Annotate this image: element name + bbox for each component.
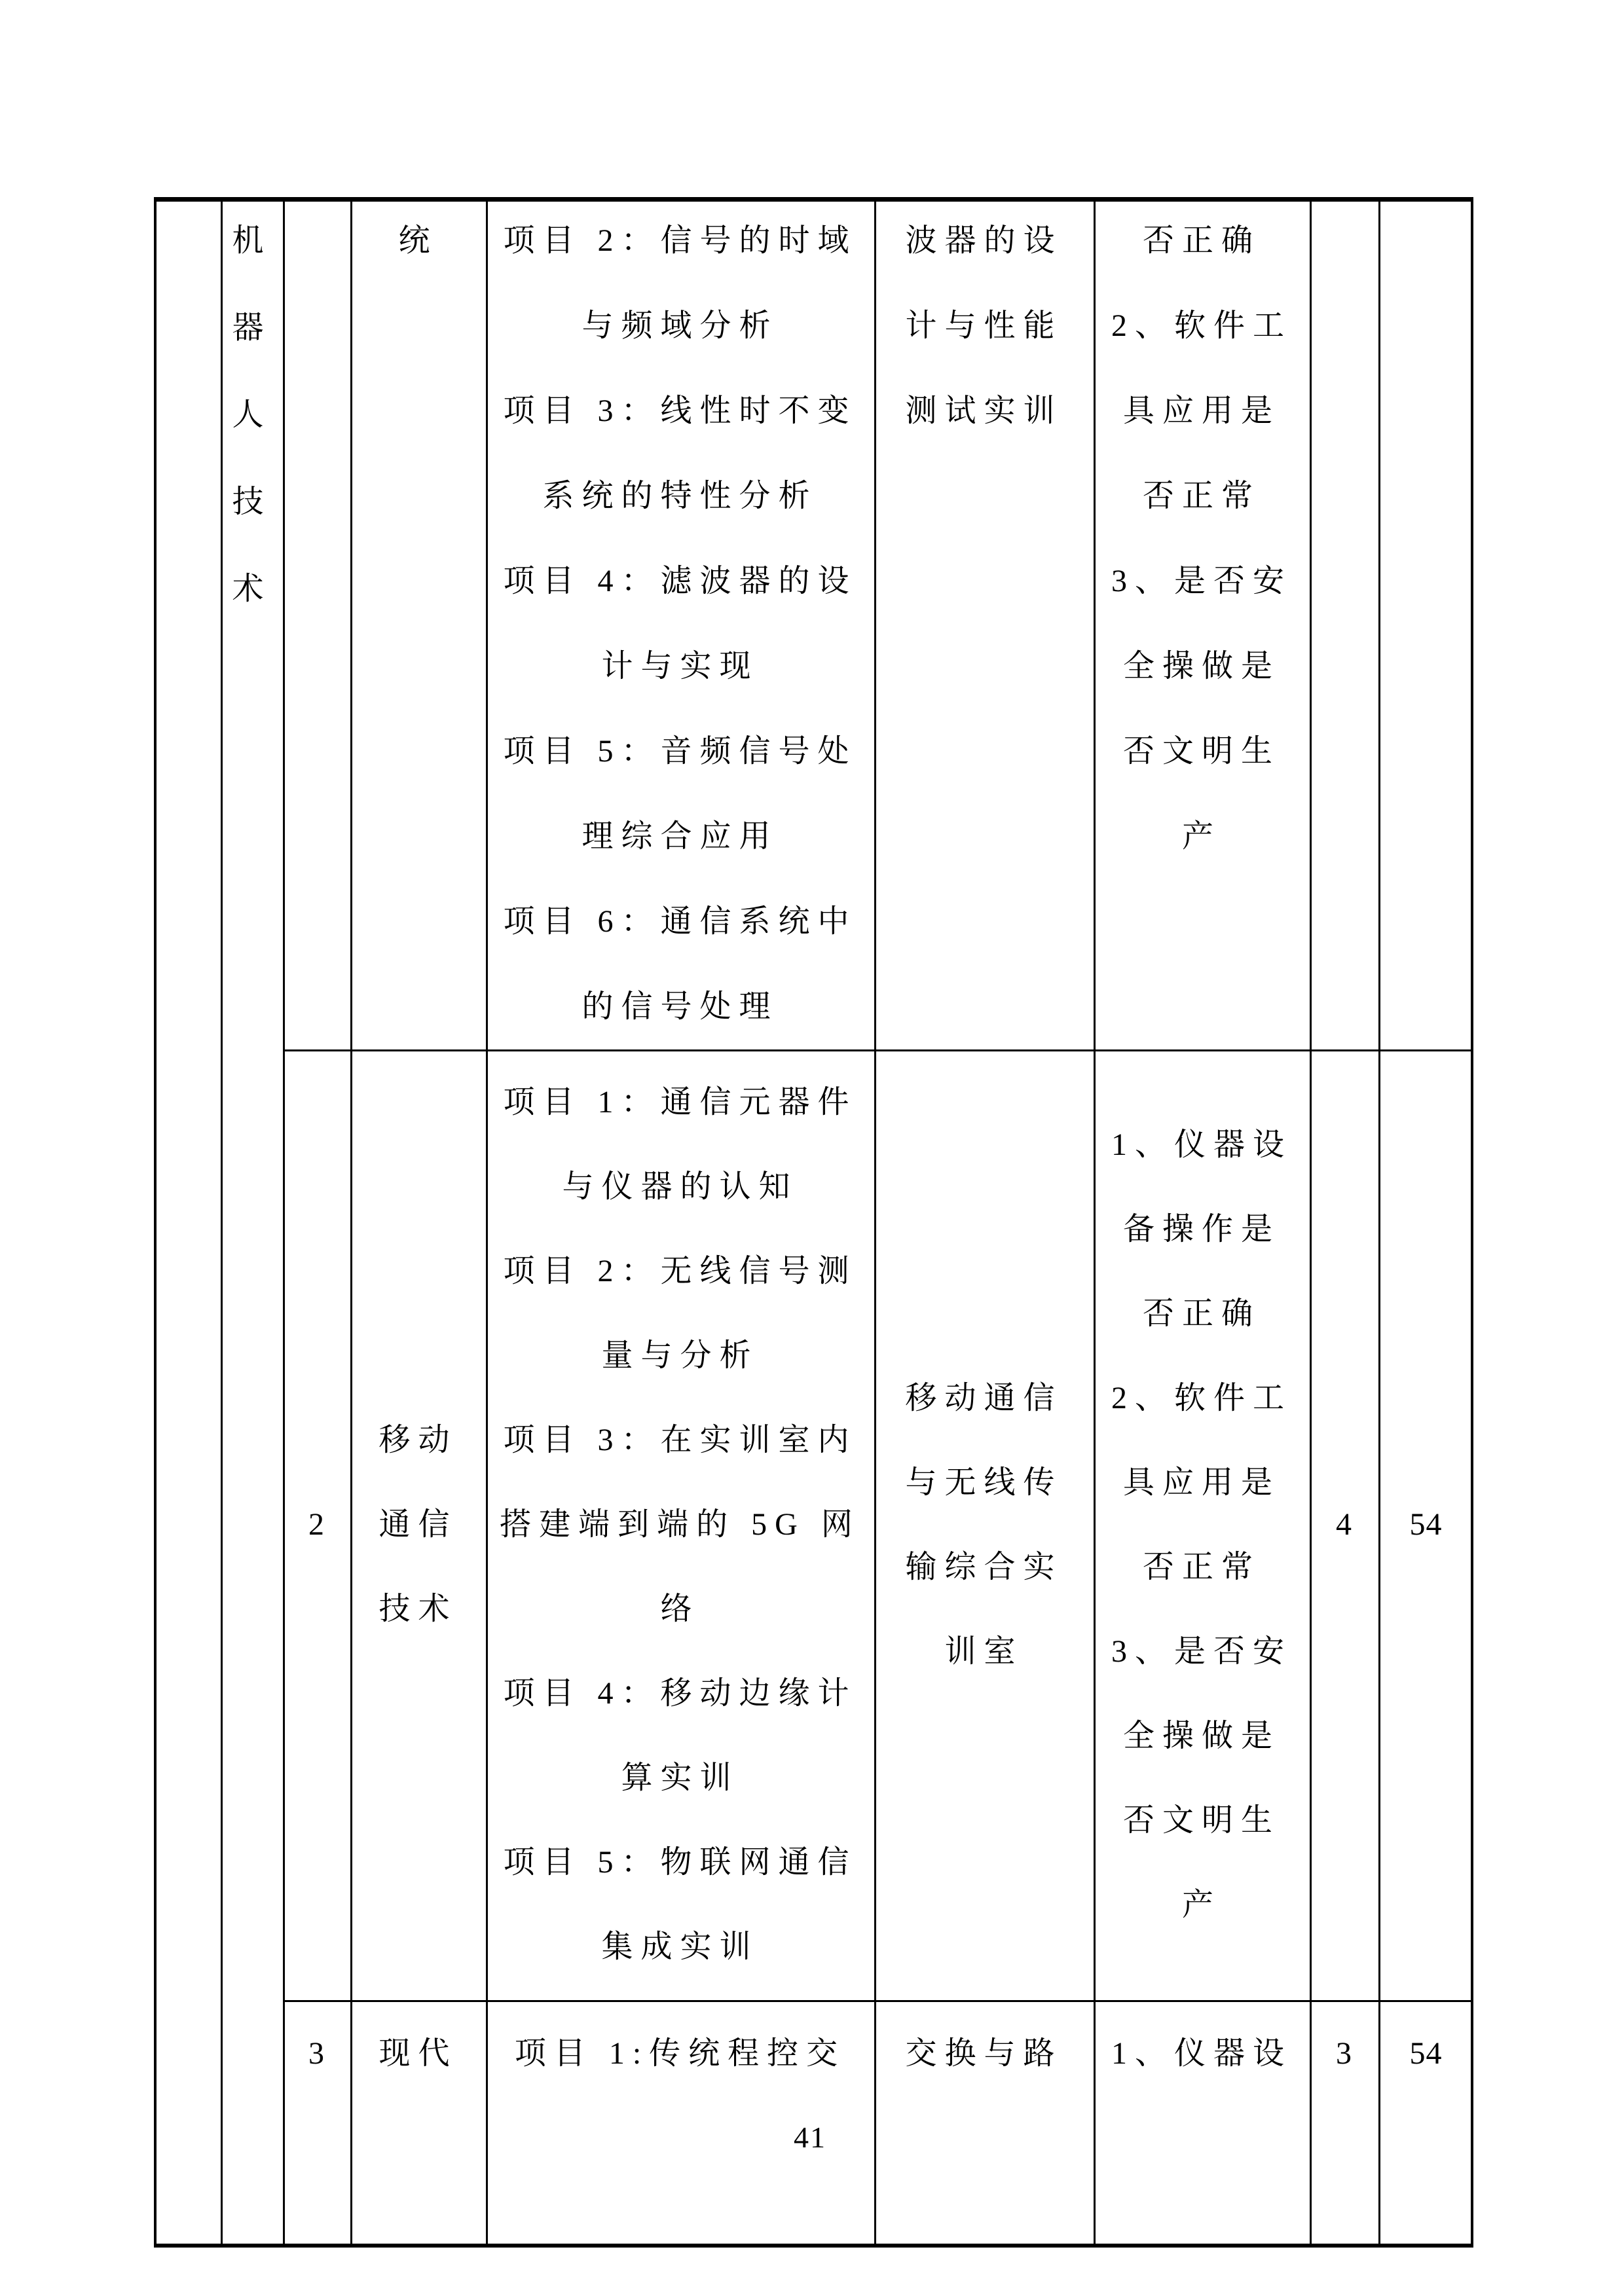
row2-hours: 54 [1378,1503,1473,1546]
page-number: 41 [771,2118,849,2157]
row2-assessment-line: 3、是否安 [1094,1630,1310,1673]
table-border-vertical [1471,197,1473,2248]
specialty-column-char: 机 [221,219,283,263]
table-border-vertical [1310,197,1312,2248]
row2-project-line: 与仪器的认知 [486,1165,874,1209]
row2-assessment-line: 否正确 [1094,1292,1310,1336]
row1-assessment-line: 具应用是 [1094,390,1310,433]
row1-assessment-line: 全操做是 [1094,645,1310,688]
specialty-column-char: 术 [221,568,283,611]
row2-assessment-line: 备操作是 [1094,1208,1310,1251]
table-border-vertical [283,197,285,2248]
row2-project-line: 项目 3：在实训室内 [486,1419,874,1462]
row3-assessment-line: 1、仪器设 [1094,2032,1310,2075]
row1-project-line: 计与实现 [486,645,874,688]
row1-assessment-line: 2、软件工 [1094,304,1310,348]
row3-room-line: 交换与路 [874,2032,1094,2075]
table-border-horizontal [154,2244,1473,2248]
specialty-column-char: 器 [221,306,283,350]
row2-room-line: 训室 [874,1630,1094,1673]
row3-project-line: 项目 1:传统程控交 [486,2032,874,2075]
row2-project-line: 量与分析 [486,1334,874,1377]
row2-course-line: 技术 [350,1588,486,1631]
row2-room-line: 输综合实 [874,1546,1094,1589]
row2-course-line: 移动 [350,1419,486,1462]
table-border-vertical [874,197,876,2248]
row2-project-line: 项目 5：物联网通信 [486,1841,874,1884]
row3-course-line: 现代 [350,2032,486,2075]
row1-project-line: 项目 4：滤波器的设 [486,560,874,603]
row2-room-line: 与无线传 [874,1461,1094,1504]
row2-count: 4 [1310,1503,1378,1546]
row1-project-line: 项目 6：通信系统中 [486,900,874,943]
row1-project-line: 的信号处理 [486,985,874,1029]
row1-project-line: 项目 5：音频信号处 [486,730,874,773]
row1-course-line: 统 [350,219,486,263]
specialty-column-char: 技 [221,481,283,524]
row2-assessment-line: 1、仪器设 [1094,1123,1310,1167]
row2-project-line: 集成实训 [486,1925,874,1969]
row2-assessment-line: 否文明生 [1094,1799,1310,1842]
row1-assessment-line: 3、是否安 [1094,560,1310,603]
row1-project-line: 项目 2：信号的时域 [486,219,874,263]
row1-project-line: 项目 3：线性时不变 [486,390,874,433]
document-page: 机器人技术统项目 2：信号的时域与频域分析项目 3：线性时不变系统的特性分析项目… [0,0,1624,2296]
row1-project-line: 理综合应用 [486,815,874,858]
table-border-horizontal [154,197,1473,202]
row1-assessment-line: 产 [1094,815,1310,858]
table-border-vertical [154,197,157,2248]
row2-project-line: 项目 2：无线信号测 [486,1250,874,1293]
row1-assessment-line: 否正常 [1094,475,1310,518]
row1-project-line: 与频域分析 [486,304,874,348]
row2-project-line: 搭建端到端的 5G 网 [486,1503,874,1546]
row3-hours: 54 [1378,2032,1473,2075]
row2-assessment-line: 否正常 [1094,1546,1310,1589]
row2-project-line: 络 [486,1588,874,1631]
table-border-horizontal [283,2000,1473,2002]
table-border-horizontal [283,1049,1473,1051]
row2-assessment-line: 全操做是 [1094,1715,1310,1758]
row2-assessment-line: 2、软件工 [1094,1377,1310,1420]
row2-assessment-line: 产 [1094,1884,1310,1927]
row2-seq: 2 [283,1503,350,1546]
row2-room-line: 移动通信 [874,1377,1094,1420]
table-border-vertical [1378,197,1380,2248]
specialty-column-char: 人 [221,393,283,437]
row2-course-line: 通信 [350,1503,486,1546]
row1-project-line: 系统的特性分析 [486,475,874,518]
row2-project-line: 项目 4：移动边缘计 [486,1672,874,1715]
row1-assessment-line: 否正确 [1094,219,1310,263]
row2-project-line: 项目 1：通信元器件 [486,1081,874,1124]
row3-count: 3 [1310,2032,1378,2075]
row1-room-line: 波器的设 [874,219,1094,263]
row2-assessment-line: 具应用是 [1094,1461,1310,1504]
row2-project-line: 算实训 [486,1757,874,1800]
table-border-vertical [350,197,352,2248]
row3-seq: 3 [283,2032,350,2075]
row1-room-line: 测试实训 [874,390,1094,433]
row1-assessment-line: 否文明生 [1094,730,1310,773]
row1-room-line: 计与性能 [874,304,1094,348]
